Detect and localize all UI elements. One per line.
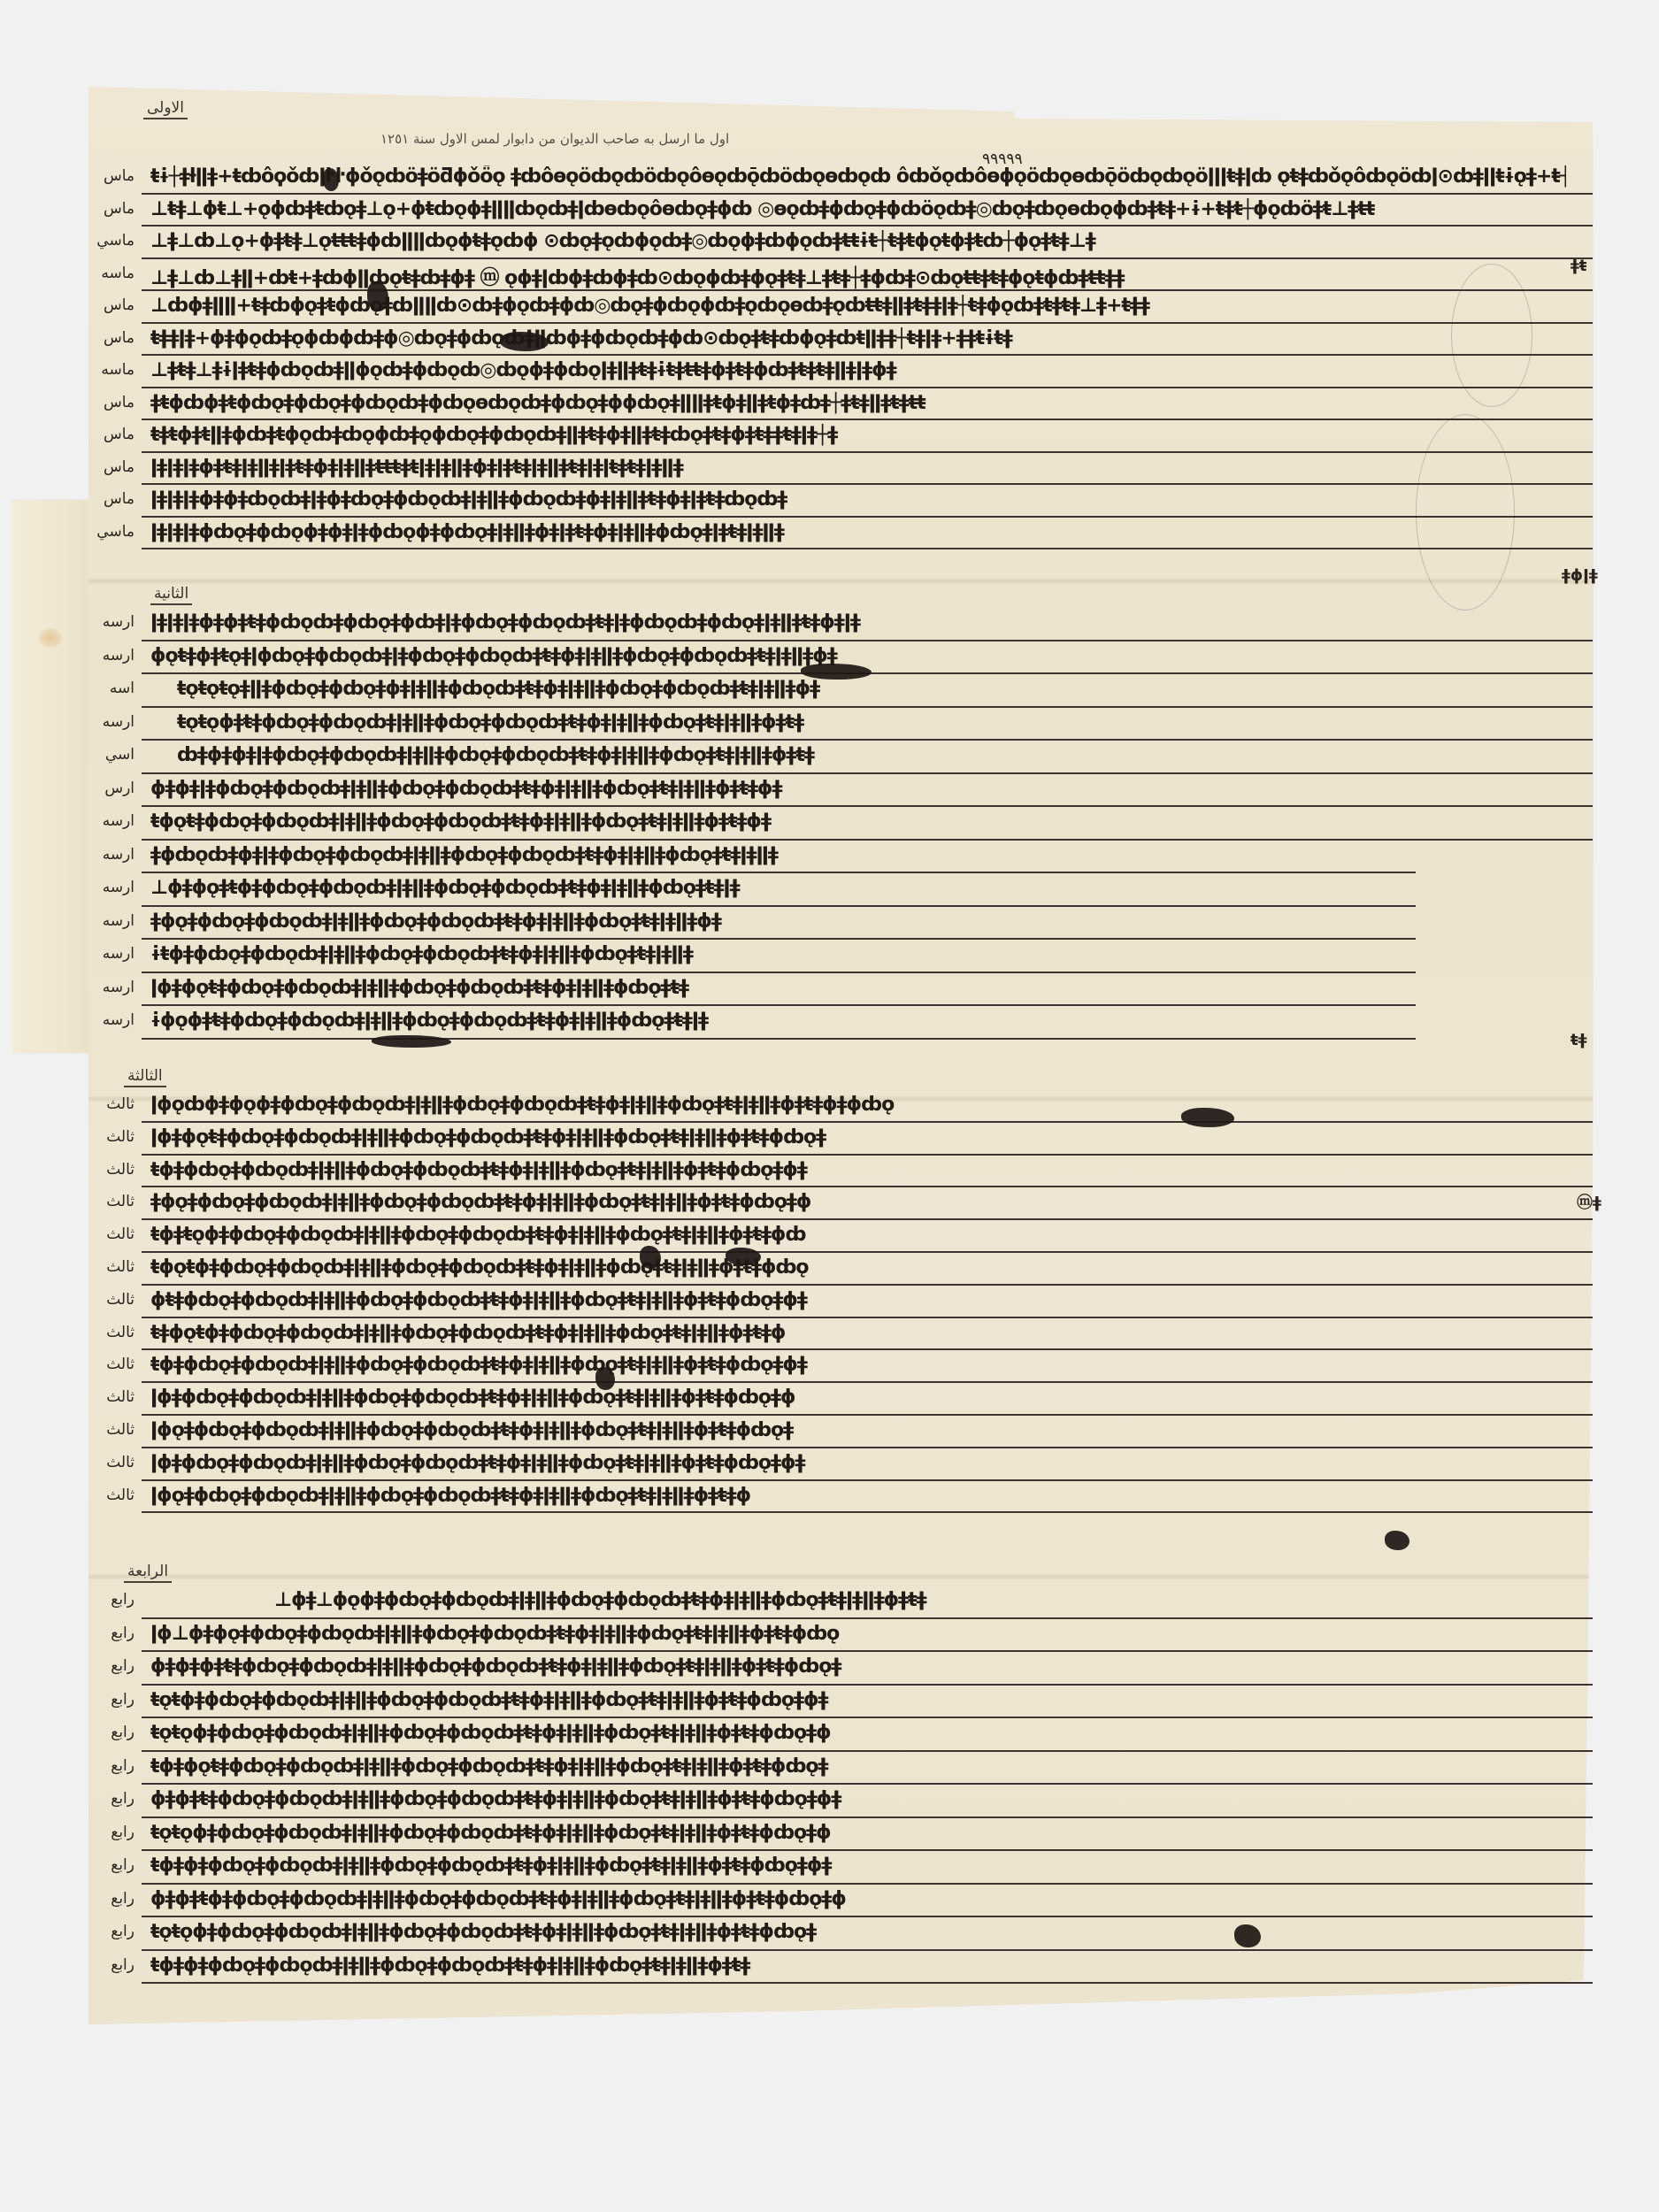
- ruled-line: [142, 419, 1593, 420]
- cipher-text-line: ⊥ɸǂɸǫǂŧɸǂɸȸǫǂɸȸǫȸǂǀǂǁǂɸȸǫǂɸȸǫȸǂŧǂɸǂǀǂǁǂɸ…: [150, 877, 1301, 899]
- cipher-text-line: ⊥ŧǂ⊥ɸŧ⊥+ǫɸȸǂŧȸǫǂ⊥ǫ+ɸŧȸǫɸǂǁǁȸǫȸǂǀȸɵȸǫôɵȸǫ…: [150, 198, 1566, 220]
- ink-blot: [595, 1367, 615, 1390]
- line-margin-label: ارسه: [81, 979, 134, 996]
- line-margin-label: ثالث: [81, 1225, 134, 1243]
- cipher-text-line: ⊥ȸɸǂǁǁ+ŧǂȸɸǫǂŧɸȸǫǂȸǁǁȸ⊙ȸǂɸǫȸǂɸȸ◎ȸǫǂɸȸǫɸȸ…: [150, 295, 1566, 317]
- cipher-text-line: ɸŧǂɸȸǫǂɸȸǫȸǂǀǂǁǂɸȸǫǂɸȸǫȸǂŧǂɸǂǀǂǁǂɸȸǫǂŧǂǀ…: [150, 1289, 1566, 1311]
- line-margin-label: ارسه: [81, 1011, 134, 1029]
- manuscript-line: رابعɸǂɸǂɸǂŧǂɸȸǫǂɸȸǫȸǂǀǂǁǂɸȸǫǂɸȸǫȸǂŧǂɸǂǀǂ…: [88, 1654, 1593, 1687]
- manuscript-line: رابعɸǂɸǂŧɸǂɸȸǫǂɸȸǫȸǂǀǂǁǂɸȸǫǂɸȸǫȸǂŧǂɸǂǀǂǁ…: [88, 1886, 1593, 1920]
- line-margin-label: ثالث: [81, 1095, 134, 1113]
- cipher-text-line: ⊥ǂ⊥ȸ⊥ǫ+ɸǂŧǂ⊥ǫŧŧŧǂɸȸǁǁȸǫɸŧǂǫȸɸ ⊙ȸǫǂǫȸɸǫȸǂ…: [150, 230, 1566, 252]
- manuscript-line: ماسǂŧɸȸɸǂŧɸȸǫǂɸȸǫǂɸȸǫȸǂɸȸǫɵȸǫȸǂɸȸǫǂɸɸȸǫǂ…: [88, 390, 1593, 424]
- manuscript-line: ماس⊥ŧǂ⊥ɸŧ⊥+ǫɸȸǂŧȸǫǂ⊥ǫ+ɸŧȸǫɸǂǁǁȸǫȸǂǀȸɵȸǫô…: [88, 196, 1593, 230]
- ruled-line: [142, 1317, 1593, 1318]
- manuscript-line: رابعŧǫŧǫɸǂɸȸǫǂɸȸǫȸǂǀǂǁǂɸȸǫǂɸȸǫȸǂŧǂɸǂǀǂǁǂ…: [88, 1820, 1593, 1854]
- manuscript-line: ثالثǀɸǫȸɸǂɸǫɸǂɸȸǫǂɸȸǫȸǂǀǂǁǂɸȸǫǂɸȸǫȸǂŧǂɸǂ…: [88, 1092, 1593, 1125]
- cipher-text-line: ⊥ǂ⊥ȸ⊥ǂǁ+ȸŧ+ǂȸɸǁȸǫŧǂȸǂɸǂ ⓜ ǫɸǂǀȸɸǂȸɸǂȸ⊙ȸǫ…: [150, 263, 1566, 290]
- foxing-stain: [39, 628, 62, 648]
- cipher-text-line: ǀɸǫǂɸȸǫǂɸȸǫȸǂǀǂǁǂɸȸǫǂɸȸǫȸǂŧǂɸǂǀǂǁǂɸȸǫǂŧǂ…: [150, 1419, 1566, 1441]
- line-margin-label: رابع: [81, 1724, 134, 1741]
- right-margin-note: ⓜǂ: [1577, 1190, 1601, 1213]
- cipher-text-line: ǀɸǂɸȸǫǂɸȸǫȸǂǀǂǁǂɸȸǫǂɸȸǫȸǂŧǂɸǂǀǂǁǂɸȸǫǂŧǂǀ…: [150, 1452, 1566, 1474]
- ruled-line: [142, 1381, 1593, 1383]
- ink-blot: [372, 1035, 451, 1048]
- line-margin-label: ثالث: [81, 1258, 134, 1276]
- line-margin-label: ماسي: [81, 232, 134, 250]
- line-margin-label: ارسه: [81, 846, 134, 864]
- ruled-line: [142, 193, 1593, 195]
- cipher-text-line: ǀɸǫȸɸǂɸǫɸǂɸȸǫǂɸȸǫȸǂǀǂǁǂɸȸǫǂɸȸǫȸǂŧǂɸǂǀǂǁǂ…: [150, 1094, 1566, 1116]
- ruled-line: [142, 1038, 1416, 1040]
- line-margin-label: ماسه: [81, 361, 134, 379]
- ruled-line: [142, 387, 1593, 388]
- line-margin-label: ارسه: [81, 945, 134, 963]
- ruled-line: [142, 1348, 1593, 1350]
- manuscript-line: ارسه⊥ɸǂɸǫǂŧɸǂɸȸǫǂɸȸǫȸǂǀǂǁǂɸȸǫǂɸȸǫȸǂŧǂɸǂǀ…: [88, 875, 1593, 909]
- ruled-line: [142, 938, 1416, 940]
- line-margin-label: رابع: [81, 1956, 134, 1974]
- cipher-text-line: ⊥ǂŧǂ⊥ǂɨǀǂŧǂɸȸǫȸǂǁɸǫȸǂɸȸǫȸ◎ȸǫɸǂɸȸǫǀǂǁǂŧǂɨ…: [150, 359, 1566, 381]
- ruled-line: [142, 905, 1416, 907]
- ruled-line: [142, 1650, 1593, 1652]
- manuscript-line: اسيȸǂɸǂɸǂǀǂɸȸǫǂɸȸǫȸǂǀǂǁǂɸȸǫǂɸȸǫȸǂŧǂɸǂǀǂǁ…: [88, 742, 1593, 776]
- manuscript-line: ثالثǀɸǫǂɸȸǫǂɸȸǫȸǂǀǂǁǂɸȸǫǂɸȸǫȸǂŧǂɸǂǀǂǁǂɸȸ…: [88, 1417, 1593, 1451]
- line-margin-label: رابع: [81, 1657, 134, 1675]
- manuscript-line: رابع⊥ɸǂ⊥ɸǫɸǂɸȸǫǂɸȸǫȸǂǀǂǁǂɸȸǫǂɸȸǫȸǂŧǂɸǂǀǂ…: [88, 1587, 1593, 1621]
- cipher-text-line: ŧɸǂŧǫɸǂɸȸǫǂɸȸǫȸǂǀǂǁǂɸȸǫǂɸȸǫȸǂŧǂɸǂǀǂǁǂɸȸǫ…: [150, 1224, 1566, 1246]
- cipher-text-line: ǀɸǫǂɸȸǫǂɸȸǫȸǂǀǂǁǂɸȸǫǂɸȸǫȸǂŧǂɸǂǀǂǁǂɸȸǫǂŧǂ…: [150, 1485, 1566, 1507]
- line-margin-label: ماس: [81, 296, 134, 314]
- ink-blot: [640, 1246, 661, 1269]
- line-margin-label: ماسي: [81, 523, 134, 541]
- manuscript-line: ماسه⊥ǂ⊥ȸ⊥ǂǁ+ȸŧ+ǂȸɸǁȸǫŧǂȸǂɸǂ ⓜ ǫɸǂǀȸɸǂȸɸǂ…: [88, 261, 1593, 295]
- ruled-line: [142, 1218, 1593, 1220]
- manuscript-line: ارسهɨŧɸǂɸȸǫǂɸȸǫȸǂǀǂǁǂɸȸǫǂɸȸǫȸǂŧǂɸǂǀǂǁǂɸȸ…: [88, 941, 1593, 975]
- manuscript-line: رابعǀɸ⊥ɸǂɸǫǂɸȸǫǂɸȸǫȸǂǀǂǁǂɸȸǫǂɸȸǫȸǂŧǂɸǂǀǂ…: [88, 1621, 1593, 1655]
- line-margin-label: ماس: [81, 490, 134, 508]
- ruled-line: [142, 225, 1593, 227]
- cipher-text-line: ŧɨ┼ǂƚǁǂ+ŧȸôϙǒȸǀŀŀɸǒǫȸöǂöƌɸǒȫǫ ǂȸôɵǫöȸǫȸö…: [150, 165, 1566, 188]
- manuscript-line: ماسǀǂǀǂǀǂɸǂɸǂȸǫȸǂǀǂɸǂȸǫǂɸȸǫȸǂǀǂǁǂɸȸǫȸǂɸǂ…: [88, 487, 1593, 520]
- manuscript-line: ماسي⊥ǂ⊥ȸ⊥ǫ+ɸǂŧǂ⊥ǫŧŧŧǂɸȸǁǁȸǫɸŧǂǫȸɸ ⊙ȸǫǂǫȸ…: [88, 228, 1593, 262]
- cipher-text-line: ǂŧɸȸɸǂŧɸȸǫǂɸȸǫǂɸȸǫȸǂɸȸǫɵȸǫȸǂɸȸǫǂɸɸȸǫǂǁǁǂ…: [150, 392, 1566, 414]
- manuscript-line: ارسهǂɸȸǫȸǂɸǂǀǂɸȸǫǂɸȸǫȸǂǀǂǁǂɸȸǫǂɸȸǫȸǂŧǂɸǂ…: [88, 842, 1593, 876]
- cipher-text-line: ŧǫŧǫɸǂɸȸǫǂɸȸǫȸǂǀǂǁǂɸȸǫǂɸȸǫȸǂŧǂɸǂǀǂǁǂɸȸǫǂ…: [150, 1822, 1566, 1844]
- cipher-text-line: ŧǂŧɸǂŧǁǂɸȸǂŧɸǫȸǂȸǫɸȸǂǫɸȸǫǂɸȸǫȸǂǁǂŧǂɸǂǁǂŧ…: [150, 424, 1566, 446]
- ruled-line: [142, 872, 1416, 873]
- line-margin-label: ماس: [81, 200, 134, 218]
- cipher-text-line: ǀɸǂɸȸǫǂɸȸǫȸǂǀǂǁǂɸȸǫǂɸȸǫȸǂŧǂɸǂǀǂǁǂɸȸǫǂŧǂǀ…: [150, 1386, 1566, 1409]
- right-margin-note: ŧǂ: [1571, 1031, 1586, 1049]
- manuscript-line: رابعŧǫŧǫɸǂɸȸǫǂɸȸǫȸǂǀǂǁǂɸȸǫǂɸȸǫȸǂŧǂɸǂǀǂǁǂ…: [88, 1919, 1593, 1953]
- cipher-text-line: ŧɸǂɸȸǫǂɸȸǫȸǂǀǂǁǂɸȸǫǂɸȸǫȸǂŧǂɸǂǀǂǁǂɸȸǫǂŧǂǀ…: [150, 1159, 1566, 1181]
- ruled-line: [142, 516, 1593, 518]
- ruled-line: [142, 354, 1593, 356]
- manuscript-line: رابعŧɸǂɸǂɸȸǫǂɸȸǫȸǂǀǂǁǂɸȸǫǂɸȸǫȸǂŧǂɸǂǀǂǁǂɸ…: [88, 1953, 1593, 1986]
- line-margin-label: رابع: [81, 1691, 134, 1709]
- ruled-line: [142, 1883, 1593, 1885]
- section-heading: الثانية: [150, 585, 192, 605]
- line-margin-label: رابع: [81, 1824, 134, 1841]
- ruled-line: [142, 972, 1416, 973]
- corner-heading: الاولى: [143, 99, 188, 119]
- line-margin-label: ثالث: [81, 1388, 134, 1406]
- ruled-line: [142, 1684, 1593, 1686]
- cipher-text-line: ǀɸǂɸǫŧǂɸȸǫǂɸȸǫȸǂǀǂǁǂɸȸǫǂɸȸǫȸǂŧǂɸǂǀǂǁǂɸȸǫ…: [150, 977, 1301, 999]
- ruled-line: [142, 706, 1593, 708]
- cipher-text-line: ⊥ɸǂ⊥ɸǫɸǂɸȸǫǂɸȸǫȸǂǀǂǁǂɸȸǫǂɸȸǫȸǂŧǂɸǂǀǂǁǂɸȸ…: [274, 1589, 1566, 1611]
- manuscript-line: ماسŧǂǂǀǂ+ɸǂɸǫȸǂǫɸȸɸȸǂɸ◎ȸǫǂɸȸǫȸǂǁȸɸǂɸȸǫȸǂ…: [88, 326, 1593, 359]
- cipher-text-line: ɸǂɸǂǀǂɸȸǫǂɸȸǫȸǂǀǂǁǂɸȸǫǂɸȸǫȸǂŧǂɸǂǀǂǁǂɸȸǫǂ…: [150, 778, 1566, 800]
- line-margin-label: رابع: [81, 1856, 134, 1874]
- fold-line: [88, 578, 1593, 585]
- right-margin-note: ǂɸǀǂ: [1562, 566, 1598, 585]
- line-margin-label: اسه: [81, 680, 134, 697]
- line-margin-label: ارس: [81, 780, 134, 797]
- ruled-line: [142, 1121, 1593, 1123]
- cipher-text-line: ɨŧɸǂɸȸǫǂɸȸǫȸǂǀǂǁǂɸȸǫǂɸȸǫȸǂŧǂɸǂǀǂǁǂɸȸǫǂŧǂ…: [150, 943, 1301, 965]
- ruled-line: [142, 739, 1593, 741]
- cipher-text-line: ŧǫŧǫɸǂŧǂɸȸǫǂɸȸǫȸǂǀǂǁǂɸȸǫǂɸȸǫȸǂŧǂɸǂǀǂǁǂɸȸ…: [177, 711, 1566, 733]
- manuscript-line: ثالثǀɸǂɸȸǫǂɸȸǫȸǂǀǂǁǂɸȸǫǂɸȸǫȸǂŧǂɸǂǀǂǁǂɸȸǫ…: [88, 1385, 1593, 1418]
- ruled-line: [142, 839, 1593, 841]
- cipher-text-line: ǀǂǀǂǀǂɸǂŧǂǀǂǁǂǀǂŧǂɸǂǀǂǁǂŧŧŧǂŧǀǂǀǂǁǂɸǂǀǂŧ…: [150, 457, 1566, 479]
- cipher-text-line: ǂɸȸǫȸǂɸǂǀǂɸȸǫǂɸȸǫȸǂǀǂǁǂɸȸǫǂɸȸǫȸǂŧǂɸǂǀǂǁǂ…: [150, 844, 1301, 866]
- line-margin-label: ثالث: [81, 1454, 134, 1471]
- cipher-text-line: ɸǂɸǂɸǂŧǂɸȸǫǂɸȸǫȸǂǀǂǁǂɸȸǫǂɸȸǫȸǂŧǂɸǂǀǂǁǂɸȸ…: [150, 1655, 1566, 1678]
- cipher-text-line: ǀǂǀǂǀǂɸǂɸǂŧǂɸȸǫȸǂɸȸǫǂɸȸǂǀǂɸȸǫǂɸȸǫȸǂŧǂǀǂɸ…: [150, 611, 1566, 634]
- line-margin-label: ماس: [81, 458, 134, 476]
- line-margin-label: ثالث: [81, 1128, 134, 1146]
- line-margin-label: رابع: [81, 1591, 134, 1609]
- ruled-line: [142, 1849, 1593, 1851]
- manuscript-line: رابعŧɸǂɸǂɸȸǫǂɸȸǫȸǂǀǂǁǂɸȸǫǂɸȸǫȸǂŧǂɸǂǀǂǁǂɸ…: [88, 1853, 1593, 1886]
- cipher-text-line: ŧɸǂɸǫŧǂɸȸǫǂɸȸǫȸǂǀǂǁǂɸȸǫǂɸȸǫȸǂŧǂɸǂǀǂǁǂɸȸǫ…: [150, 1755, 1566, 1778]
- manuscript-line: ارسهǂɸǫǂɸȸǫǂɸȸǫȸǂǀǂǁǂɸȸǫǂɸȸǫȸǂŧǂɸǂǀǂǁǂɸȸ…: [88, 909, 1593, 942]
- cipher-text-line: ŧǫŧǫŧǫǂǁǂɸȸǫǂɸȸǫǂɸǂǀǂǁǂɸȸǫȸǂŧǂɸǂǀǂǁǂɸȸǫǂ…: [177, 678, 1566, 700]
- ruled-line: [142, 1414, 1593, 1416]
- manuscript-line: رابعɸǂɸǂŧǂɸȸǫǂɸȸǫȸǂǀǂǁǂɸȸǫǂɸȸǫȸǂŧǂɸǂǀǂǁǂ…: [88, 1786, 1593, 1820]
- cipher-text-line: ŧǫŧɸǂɸȸǫǂɸȸǫȸǂǀǂǁǂɸȸǫǂɸȸǫȸǂŧǂɸǂǀǂǁǂɸȸǫǂŧ…: [150, 1689, 1566, 1711]
- line-margin-label: ارسه: [81, 912, 134, 930]
- manuscript-line: رابعŧǫŧɸǂɸȸǫǂɸȸǫȸǂǀǂǁǂɸȸǫǂɸȸǫȸǂŧǂɸǂǀǂǁǂɸ…: [88, 1687, 1593, 1721]
- ruled-line: [142, 483, 1593, 485]
- ruled-line: [142, 451, 1593, 453]
- line-margin-label: ماسه: [81, 265, 134, 282]
- fold-line: [88, 1573, 1593, 1580]
- line-margin-label: ارسه: [81, 647, 134, 664]
- manuscript-line: رابعŧǫŧǫɸǂɸȸǫǂɸȸǫȸǂǀǂǁǂɸȸǫǂɸȸǫȸǂŧǂɸǂǀǂǁǂ…: [88, 1720, 1593, 1754]
- manuscript-line: ثالثŧɸǂɸȸǫǂɸȸǫȸǂǀǂǁǂɸȸǫǂɸȸǫȸǂŧǂɸǂǀǂǁǂɸȸǫ…: [88, 1352, 1593, 1386]
- cipher-text-line: ŧǫŧǫɸǂɸȸǫǂɸȸǫȸǂǀǂǁǂɸȸǫǂɸȸǫȸǂŧǂɸǂǀǂǁǂɸȸǫǂ…: [150, 1722, 1566, 1744]
- line-margin-label: ثالث: [81, 1291, 134, 1309]
- manuscript-line: ثالثŧɸǂɸȸǫǂɸȸǫȸǂǀǂǁǂɸȸǫǂɸȸǫȸǂŧǂɸǂǀǂǁǂɸȸǫ…: [88, 1157, 1593, 1191]
- manuscript-line: ثالثǀɸǂɸǫŧǂɸȸǫǂɸȸǫȸǂǀǂǁǂɸȸǫǂɸȸǫȸǂŧǂɸǂǀǂǁ…: [88, 1125, 1593, 1158]
- line-margin-label: ثالث: [81, 1161, 134, 1179]
- ruled-line: [142, 289, 1593, 291]
- section-heading: الثالثة: [124, 1067, 166, 1087]
- line-margin-label: ثالث: [81, 1324, 134, 1341]
- ruled-line: [142, 1511, 1593, 1513]
- ruled-line: [142, 1284, 1593, 1286]
- cipher-text-line: ǂɸǫǂɸȸǫǂɸȸǫȸǂǀǂǁǂɸȸǫǂɸȸǫȸǂŧǂɸǂǀǂǁǂɸȸǫǂŧǂ…: [150, 1191, 1566, 1213]
- line-margin-label: ماس: [81, 426, 134, 443]
- ruled-line: [142, 805, 1593, 807]
- section-heading: الرابعة: [124, 1563, 172, 1583]
- manuscript-line: رابعŧɸǂɸǫŧǂɸȸǫǂɸȸǫȸǂǀǂǁǂɸȸǫǂɸȸǫȸǂŧǂɸǂǀǂǁ…: [88, 1754, 1593, 1787]
- ruled-line: [142, 1617, 1593, 1619]
- manuscript-line: ماسيǀǂǀǂǀǂɸȸǫǂɸȸǫɸǂɸǂǀǂɸȸǫɸǂɸȸǫǂǀǂǁǂɸǂǀǂ…: [88, 519, 1593, 553]
- ink-blot: [1234, 1924, 1261, 1947]
- ruled-line: [142, 1783, 1593, 1785]
- manuscript-line: ماسǀǂǀǂǀǂɸǂŧǂǀǂǁǂǀǂŧǂɸǂǀǂǁǂŧŧŧǂŧǀǂǀǂǁǂɸǂ…: [88, 455, 1593, 488]
- ruled-line: [142, 1949, 1593, 1951]
- cipher-text-line: ŧǂǂǀǂ+ɸǂɸǫȸǂǫɸȸɸȸǂɸ◎ȸǫǂɸȸǫȸǂǁȸɸǂɸȸǫȸǂɸȸ⊙…: [150, 327, 1566, 349]
- ruled-line: [142, 548, 1593, 549]
- manuscript-line: ثالثǀɸǫǂɸȸǫǂɸȸǫȸǂǀǂǁǂɸȸǫǂɸȸǫȸǂŧǂɸǂǀǂǁǂɸȸ…: [88, 1483, 1593, 1517]
- cipher-text-line: ŧɸǂɸǂɸȸǫǂɸȸǫȸǂǀǂǁǂɸȸǫǂɸȸǫȸǂŧǂɸǂǀǂǁǂɸȸǫǂŧ…: [150, 1955, 1566, 1977]
- manuscript-line: ثالثŧɸǂŧǫɸǂɸȸǫǂɸȸǫȸǂǀǂǁǂɸȸǫǂɸȸǫȸǂŧǂɸǂǀǂǁ…: [88, 1222, 1593, 1256]
- ink-blot: [801, 664, 872, 680]
- ruled-line: [142, 1816, 1593, 1818]
- cipher-text-line: ŧǂɸǫŧɸǂɸȸǫǂɸȸǫȸǂǀǂǁǂɸȸǫǂɸȸǫȸǂŧǂɸǂǀǂǁǂɸȸǫ…: [150, 1322, 1566, 1344]
- line-margin-label: ارسه: [81, 879, 134, 896]
- line-margin-label: رابع: [81, 1624, 134, 1642]
- ruled-line: [142, 1982, 1593, 1984]
- cipher-text-line: ɸǫŧǂɸǂŧǫǂǀɸȸǫǂɸȸǫȸǂǀǂɸȸǫǂɸȸǫȸǂŧǂɸǂǀǂǁǂɸȸ…: [150, 645, 1566, 667]
- line-margin-label: ارسه: [81, 713, 134, 731]
- line-margin-label: اسي: [81, 746, 134, 764]
- manuscript-line: ثالثǀɸǂɸȸǫǂɸȸǫȸǂǀǂǁǂɸȸǫǂɸȸǫȸǂŧǂɸǂǀǂǁǂɸȸǫ…: [88, 1450, 1593, 1484]
- ruled-line: [142, 1186, 1593, 1187]
- line-margin-label: ثالث: [81, 1421, 134, 1439]
- manuscript-line: ثالثŧǂɸǫŧɸǂɸȸǫǂɸȸǫȸǂǀǂǁǂɸȸǫǂɸȸǫȸǂŧǂɸǂǀǂǁ…: [88, 1320, 1593, 1354]
- ruled-line: [142, 322, 1593, 324]
- ink-blot: [500, 332, 549, 351]
- manuscript-line: ارسهǀɸǂɸǫŧǂɸȸǫǂɸȸǫȸǂǀǂǁǂɸȸǫǂɸȸǫȸǂŧǂɸǂǀǂǁ…: [88, 975, 1593, 1009]
- line-margin-label: ارسه: [81, 613, 134, 631]
- manuscript-line: ثالثŧɸǫŧɸǂɸȸǫǂɸȸǫȸǂǀǂǁǂɸȸǫǂɸȸǫȸǂŧǂɸǂǀǂǁǂ…: [88, 1255, 1593, 1288]
- cipher-text-line: ǂɸǫǂɸȸǫǂɸȸǫȸǂǀǂǁǂɸȸǫǂɸȸǫȸǂŧǂɸǂǀǂǁǂɸȸǫǂŧǂ…: [150, 910, 1301, 933]
- cipher-text-line: ŧɸǫŧɸǂɸȸǫǂɸȸǫȸǂǀǂǁǂɸȸǫǂɸȸǫȸǂŧǂɸǂǀǂǁǂɸȸǫǂ…: [150, 1256, 1566, 1279]
- cipher-text-line: ɸǂɸǂŧǂɸȸǫǂɸȸǫȸǂǀǂǁǂɸȸǫǂɸȸǫȸǂŧǂɸǂǀǂǁǂɸȸǫǂ…: [150, 1788, 1566, 1810]
- line-margin-label: ارسه: [81, 812, 134, 830]
- ink-blot: [1385, 1531, 1409, 1550]
- ruled-line: [142, 772, 1593, 774]
- ruled-line: [142, 1717, 1593, 1718]
- cipher-text-line: ǀǂǀǂǀǂɸȸǫǂɸȸǫɸǂɸǂǀǂɸȸǫɸǂɸȸǫǂǀǂǁǂɸǂǀǂŧǂɸǂ…: [150, 521, 1566, 543]
- cipher-text-line: ȸǂɸǂɸǂǀǂɸȸǫǂɸȸǫȸǂǀǂǁǂɸȸǫǂɸȸǫȸǂŧǂɸǂǀǂǁǂɸȸ…: [177, 744, 1566, 766]
- manuscript-line: ارسهŧɸǫŧǂɸȸǫǂɸȸǫȸǂǀǂǁǂɸȸǫǂɸȸǫȸǂŧǂɸǂǀǂǁǂɸ…: [88, 809, 1593, 842]
- ink-blot: [323, 168, 339, 191]
- line-margin-label: ماس: [81, 167, 134, 185]
- ink-blot: [367, 281, 388, 311]
- ruled-line: [142, 1750, 1593, 1752]
- manuscript-line: ارسɸǂɸǂǀǂɸȸǫǂɸȸǫȸǂǀǂǁǂɸȸǫǂɸȸǫȸǂŧǂɸǂǀǂǁǂɸ…: [88, 776, 1593, 810]
- manuscript-line: ماس⊥ȸɸǂǁǁ+ŧǂȸɸǫǂŧɸȸǫǂȸǁǁȸ⊙ȸǂɸǫȸǂɸȸ◎ȸǫǂɸȸ…: [88, 293, 1593, 326]
- cipher-text-line: ǀǂǀǂǀǂɸǂɸǂȸǫȸǂǀǂɸǂȸǫǂɸȸǫȸǂǀǂǁǂɸȸǫȸǂɸǂǀǂǁ…: [150, 488, 1566, 511]
- ruled-line: [142, 1479, 1593, 1481]
- cipher-text-line: ŧɸǫŧǂɸȸǫǂɸȸǫȸǂǀǂǁǂɸȸǫǂɸȸǫȸǂŧǂɸǂǀǂǁǂɸȸǫǂŧ…: [150, 810, 1566, 833]
- ink-blot: [1181, 1108, 1234, 1127]
- cipher-text-line: ǀɸǂɸǫŧǂɸȸǫǂɸȸǫȸǂǀǂǁǂɸȸǫǂɸȸǫȸǂŧǂɸǂǀǂǁǂɸȸǫ…: [150, 1126, 1566, 1148]
- cipher-text-line: ŧɸǂɸȸǫǂɸȸǫȸǂǀǂǁǂɸȸǫǂɸȸǫȸǂŧǂɸǂǀǂǁǂɸȸǫǂŧǂǀ…: [150, 1354, 1566, 1376]
- ink-blot: [726, 1248, 761, 1265]
- line-margin-label: رابع: [81, 1923, 134, 1940]
- mounting-paper-strip: [12, 500, 101, 1053]
- right-margin-note: ǂŧ: [1571, 257, 1586, 275]
- line-margin-label: ماس: [81, 394, 134, 411]
- manuscript-line: اسهŧǫŧǫŧǫǂǁǂɸȸǫǂɸȸǫǂɸǂǀǂǁǂɸȸǫȸǂŧǂɸǂǀǂǁǂɸ…: [88, 676, 1593, 710]
- ruled-line: [142, 640, 1593, 641]
- line-margin-label: ماس: [81, 329, 134, 347]
- ruled-line: [142, 1251, 1593, 1253]
- header-note: اول ما ارسل به صاحب الديوان من دابوار لم…: [380, 131, 729, 147]
- manuscript-line: ارسهŧǫŧǫɸǂŧǂɸȸǫǂɸȸǫȸǂǀǂǁǂɸȸǫǂɸȸǫȸǂŧǂɸǂǀǂ…: [88, 710, 1593, 743]
- ruled-line: [142, 1447, 1593, 1448]
- cipher-text-line: ŧǫŧǫɸǂɸȸǫǂɸȸǫȸǂǀǂǁǂɸȸǫǂɸȸǫȸǂŧǂɸǂǀǂǁǂɸȸǫǂ…: [150, 1921, 1566, 1943]
- ruled-line: [142, 1004, 1416, 1006]
- line-margin-label: رابع: [81, 1890, 134, 1908]
- line-margin-label: رابع: [81, 1790, 134, 1808]
- manuscript-line: ارسهǀǂǀǂǀǂɸǂɸǂŧǂɸȸǫȸǂɸȸǫǂɸȸǂǀǂɸȸǫǂɸȸǫȸǂŧ…: [88, 610, 1593, 643]
- cipher-text-line: ɨɸǫɸǂŧǂɸȸǫǂɸȸǫȸǂǀǂǁǂɸȸǫǂɸȸǫȸǂŧǂɸǂǀǂǁǂɸȸǫ…: [150, 1010, 1301, 1032]
- manuscript-line: ثالثǂɸǫǂɸȸǫǂɸȸǫȸǂǀǂǁǂɸȸǫǂɸȸǫȸǂŧǂɸǂǀǂǁǂɸȸ…: [88, 1189, 1593, 1223]
- manuscript-line: ماسŧǂŧɸǂŧǁǂɸȸǂŧɸǫȸǂȸǫɸȸǂǫɸȸǫǂɸȸǫȸǂǁǂŧǂɸǂ…: [88, 422, 1593, 456]
- manuscript-line: ارسهɨɸǫɸǂŧǂɸȸǫǂɸȸǫȸǂǀǂǁǂɸȸǫǂɸȸǫȸǂŧǂɸǂǀǂǁ…: [88, 1008, 1593, 1041]
- cipher-text-line: ɸǂɸǂŧɸǂɸȸǫǂɸȸǫȸǂǀǂǁǂɸȸǫǂɸȸǫȸǂŧǂɸǂǀǂǁǂɸȸǫ…: [150, 1888, 1566, 1910]
- manuscript-line: ماسŧɨ┼ǂƚǁǂ+ŧȸôϙǒȸǀŀŀɸǒǫȸöǂöƌɸǒȫǫ ǂȸôɵǫöȸ…: [88, 164, 1593, 197]
- ruled-line: [142, 1916, 1593, 1917]
- manuscript-line: ثالثɸŧǂɸȸǫǂɸȸǫȸǂǀǂǁǂɸȸǫǂɸȸǫȸǂŧǂɸǂǀǂǁǂɸȸǫ…: [88, 1287, 1593, 1321]
- line-margin-label: ثالث: [81, 1486, 134, 1504]
- cipher-text-line: ǀɸ⊥ɸǂɸǫǂɸȸǫǂɸȸǫȸǂǀǂǁǂɸȸǫǂɸȸǫȸǂŧǂɸǂǀǂǁǂɸȸ…: [150, 1623, 1566, 1645]
- line-margin-label: ثالث: [81, 1356, 134, 1373]
- manuscript-line: ماسه⊥ǂŧǂ⊥ǂɨǀǂŧǂɸȸǫȸǂǁɸǫȸǂɸȸǫȸ◎ȸǫɸǂɸȸǫǀǂǁ…: [88, 357, 1593, 391]
- line-margin-label: ثالث: [81, 1193, 134, 1210]
- cipher-text-line: ŧɸǂɸǂɸȸǫǂɸȸǫȸǂǀǂǁǂɸȸǫǂɸȸǫȸǂŧǂɸǂǀǂǁǂɸȸǫǂŧ…: [150, 1855, 1566, 1877]
- line-margin-label: رابع: [81, 1757, 134, 1775]
- ruled-line: [142, 1154, 1593, 1156]
- ruled-line: [142, 257, 1593, 259]
